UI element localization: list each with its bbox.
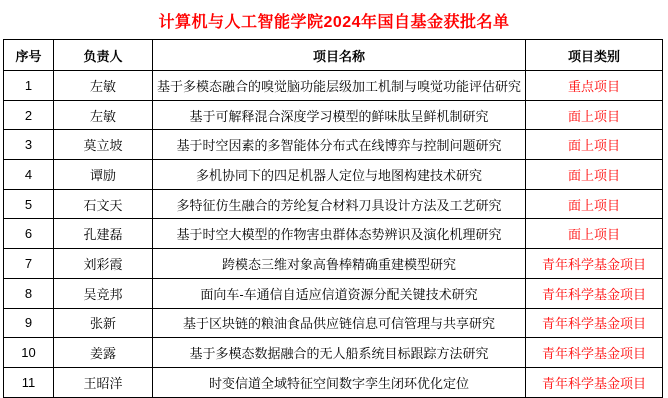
project-cell: 基于可解释混合深度学习模型的鲜味肽呈鲜机制研究 bbox=[153, 100, 526, 130]
category-cell: 重点项目 bbox=[526, 71, 663, 101]
category-cell: 青年科学基金项目 bbox=[526, 249, 663, 279]
category-cell: 面上项目 bbox=[526, 160, 663, 190]
category-cell: 青年科学基金项目 bbox=[526, 367, 663, 397]
category-cell: 面上项目 bbox=[526, 219, 663, 249]
table-row: 2 左敏 基于可解释混合深度学习模型的鲜味肽呈鲜机制研究 面上项目 bbox=[4, 100, 663, 130]
header-category: 项目类别 bbox=[526, 40, 663, 71]
project-cell: 多特征仿生融合的芳纶复合材料刀具设计方法及工艺研究 bbox=[153, 189, 526, 219]
pi-cell: 刘彩霞 bbox=[54, 249, 153, 279]
table-row: 8 吴竞邦 面向车-车通信自适应信道资源分配关键技术研究 青年科学基金项目 bbox=[4, 278, 663, 308]
pi-cell: 石文天 bbox=[54, 189, 153, 219]
project-cell: 基于多模态融合的嗅觉脑功能层级加工机制与嗅觉功能评估研究 bbox=[153, 71, 526, 101]
project-cell: 多机协同下的四足机器人定位与地图构建技术研究 bbox=[153, 160, 526, 190]
fund-approval-table: 序号 负责人 项目名称 项目类别 1 左敏 基于多模态融合的嗅觉脑功能层级加工机… bbox=[3, 39, 663, 398]
page-title: 计算机与人工智能学院2024年国自基金获批名单 bbox=[0, 0, 668, 32]
table-row: 10 姜露 基于多模态数据融合的无人船系统目标跟踪方法研究 青年科学基金项目 bbox=[4, 338, 663, 368]
table-row: 9 张新 基于区块链的粮油食品供应链信息可信管理与共享研究 青年科学基金项目 bbox=[4, 308, 663, 338]
project-cell: 基于区块链的粮油食品供应链信息可信管理与共享研究 bbox=[153, 308, 526, 338]
pi-cell: 王昭洋 bbox=[54, 367, 153, 397]
header-no: 序号 bbox=[4, 40, 54, 71]
table-row: 7 刘彩霞 跨模态三维对象高鲁棒精确重建模型研究 青年科学基金项目 bbox=[4, 249, 663, 279]
pi-cell: 左敏 bbox=[54, 100, 153, 130]
pi-cell: 左敏 bbox=[54, 71, 153, 101]
project-cell: 跨模态三维对象高鲁棒精确重建模型研究 bbox=[153, 249, 526, 279]
project-cell: 面向车-车通信自适应信道资源分配关键技术研究 bbox=[153, 278, 526, 308]
row-no-cell: 1 bbox=[4, 71, 54, 101]
row-no-cell: 10 bbox=[4, 338, 54, 368]
row-no-cell: 8 bbox=[4, 278, 54, 308]
category-cell: 青年科学基金项目 bbox=[526, 278, 663, 308]
category-cell: 青年科学基金项目 bbox=[526, 308, 663, 338]
project-cell: 基于多模态数据融合的无人船系统目标跟踪方法研究 bbox=[153, 338, 526, 368]
project-cell: 基于时空因素的多智能体分布式在线博弈与控制问题研究 bbox=[153, 130, 526, 160]
header-row: 序号 负责人 项目名称 项目类别 bbox=[4, 40, 663, 71]
pi-cell: 莫立坡 bbox=[54, 130, 153, 160]
pi-cell: 姜露 bbox=[54, 338, 153, 368]
header-project: 项目名称 bbox=[153, 40, 526, 71]
header-pi: 负责人 bbox=[54, 40, 153, 71]
row-no-cell: 3 bbox=[4, 130, 54, 160]
project-cell: 基于时空大模型的作物害虫群体态势辨识及演化机理研究 bbox=[153, 219, 526, 249]
pi-cell: 张新 bbox=[54, 308, 153, 338]
row-no-cell: 2 bbox=[4, 100, 54, 130]
table-row: 11 王昭洋 时变信道全域特征空间数字孪生闭环优化定位 青年科学基金项目 bbox=[4, 367, 663, 397]
project-cell: 时变信道全域特征空间数字孪生闭环优化定位 bbox=[153, 367, 526, 397]
row-no-cell: 7 bbox=[4, 249, 54, 279]
pi-cell: 吴竞邦 bbox=[54, 278, 153, 308]
row-no-cell: 11 bbox=[4, 367, 54, 397]
table-row: 4 谭励 多机协同下的四足机器人定位与地图构建技术研究 面上项目 bbox=[4, 160, 663, 190]
pi-cell: 谭励 bbox=[54, 160, 153, 190]
table-row: 1 左敏 基于多模态融合的嗅觉脑功能层级加工机制与嗅觉功能评估研究 重点项目 bbox=[4, 71, 663, 101]
category-cell: 面上项目 bbox=[526, 100, 663, 130]
category-cell: 面上项目 bbox=[526, 189, 663, 219]
table-row: 6 孔建磊 基于时空大模型的作物害虫群体态势辨识及演化机理研究 面上项目 bbox=[4, 219, 663, 249]
category-cell: 面上项目 bbox=[526, 130, 663, 160]
table-row: 3 莫立坡 基于时空因素的多智能体分布式在线博弈与控制问题研究 面上项目 bbox=[4, 130, 663, 160]
row-no-cell: 5 bbox=[4, 189, 54, 219]
table-row: 5 石文天 多特征仿生融合的芳纶复合材料刀具设计方法及工艺研究 面上项目 bbox=[4, 189, 663, 219]
row-no-cell: 9 bbox=[4, 308, 54, 338]
category-cell: 青年科学基金项目 bbox=[526, 338, 663, 368]
pi-cell: 孔建磊 bbox=[54, 219, 153, 249]
row-no-cell: 6 bbox=[4, 219, 54, 249]
row-no-cell: 4 bbox=[4, 160, 54, 190]
